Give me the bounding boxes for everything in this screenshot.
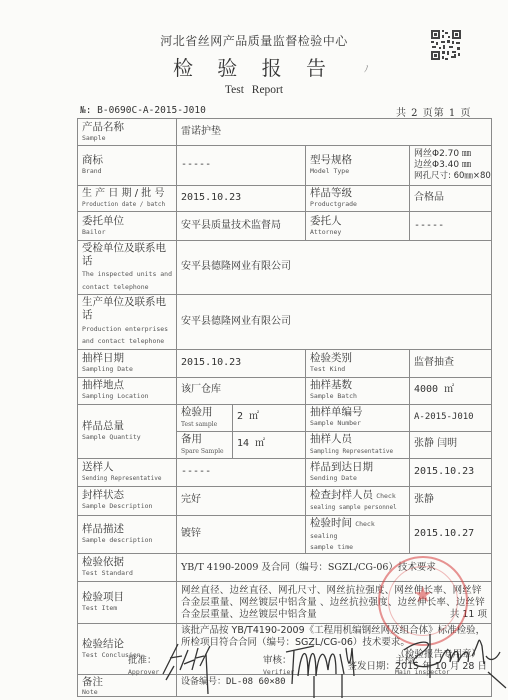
label-sample-batch: 抽样基数Sample Batch: [306, 377, 410, 404]
report-number: №: B-0690C-A-2015-J010: [80, 105, 206, 116]
label-check-time: 检验时间 Check sealingsample time: [306, 515, 410, 554]
value-seal-checker: 张静: [410, 486, 492, 515]
approver-label: 批准：Approver: [128, 652, 159, 677]
row-sample-state: 封样状态Sample Description 完好 检查封样人员 Checkse…: [78, 486, 492, 515]
row-production-enterprise: 生产单位及联系电话Production enterprises and cont…: [78, 295, 492, 349]
label-brand: 商标Brand: [78, 146, 177, 186]
label-sample-state: 封样状态Sample Description: [78, 486, 177, 515]
report-title-en: Test Report: [0, 84, 508, 96]
value-attorney: -----: [410, 212, 492, 241]
row-sampling-date: 抽样日期Sampling Date 2015.10.23 检验类别Test Ki…: [78, 349, 492, 377]
label-test-standard: 检验依据Test Standard: [78, 554, 177, 582]
label-sending-date: 样品到达日期Sending Date: [306, 458, 410, 486]
value-sample-batch: 4000 ㎡: [410, 377, 492, 404]
label-test-kind: 检验类别Test Kind: [306, 349, 410, 377]
verifier-signature: [284, 636, 364, 700]
row-sending: 送样人Sending Representative ----- 样品到达日期Se…: [78, 458, 492, 486]
value-sample: 雷诺护垫: [177, 119, 492, 146]
row-sampling-location: 抽样地点Sampling Location 该厂仓库 抽样基数Sample Ba…: [78, 377, 492, 404]
value-test-sample: 2 ㎡: [233, 404, 306, 431]
label-inspected-units: 受检单位及联系电话The inspected units and contact…: [78, 241, 177, 295]
star-icon: ★: [413, 585, 433, 607]
value-sending-rep: -----: [177, 458, 306, 486]
value-sample-state: 完好: [177, 486, 306, 515]
label-sending-rep: 送样人Sending Representative: [78, 458, 177, 486]
pen-mark: ﾉ: [364, 62, 369, 75]
label-sampling-rep: 抽样人员Sampling Representative: [306, 431, 410, 458]
value-check-time: 2015.10.27: [410, 515, 492, 554]
value-spare-sample: 14 ㎡: [233, 431, 306, 458]
value-sample-desc: 镀锌: [177, 515, 306, 554]
value-sampling-date: 2015.10.23: [177, 349, 306, 377]
label-test-sample: 检验用Test sample: [177, 404, 233, 431]
label-test-item: 检验项目Test Item: [78, 582, 177, 624]
value-sample-number: A-2015-J010: [410, 404, 492, 431]
row-brand: 商标Brand ----- 型号规格Model Type 网丝Φ2.70 ㎜ 边…: [78, 146, 492, 186]
label-seal-checker: 检查封样人员 Checksealing sample personnel: [306, 486, 410, 515]
value-production-date: 2015.10.23: [177, 186, 306, 212]
label-sample: 产品名称Sample: [78, 119, 177, 146]
main-inspector-signature: [400, 632, 508, 694]
label-product-grade: 样品等级Productgrade: [306, 186, 410, 212]
qr-code-icon: [430, 29, 462, 61]
value-production-enterprise: 安平县德隆网业有限公司: [177, 295, 492, 349]
label-sample-number: 抽样单编号Sample Number: [306, 404, 410, 431]
label-spare-sample: 备用Spare Sample: [177, 431, 233, 458]
label-production-date: 生 产 日 期 / 批 号Production date / batch: [78, 186, 177, 212]
value-bailor: 安平县质量技术监督局: [177, 212, 306, 241]
value-sending-date: 2015.10.23: [410, 458, 492, 486]
value-sampling-rep: 张静 闫明: [410, 431, 492, 458]
label-production-enterprise: 生产单位及联系电话Production enterprises and cont…: [78, 295, 177, 349]
label-sample-desc: 样品描述Sample description: [78, 515, 177, 554]
label-model: 型号规格Model Type: [306, 146, 410, 186]
label-sample-quantity: 样品总量Sample Quantity: [78, 404, 177, 458]
row-sample-desc: 样品描述Sample description 镀锌 检验时间 Check sea…: [78, 515, 492, 554]
label-sampling-location: 抽样地点Sampling Location: [78, 377, 177, 404]
value-inspected-units: 安平县德隆网业有限公司: [177, 241, 492, 295]
value-product-grade: 合格品: [410, 186, 492, 212]
approver-signature: [160, 636, 222, 696]
row-inspected-units: 受检单位及联系电话The inspected units and contact…: [78, 241, 492, 295]
row-test-sample: 样品总量Sample Quantity 检验用Test sample 2 ㎡ 抽…: [78, 404, 492, 431]
label-sampling-date: 抽样日期Sampling Date: [78, 349, 177, 377]
row-bailor: 委托单位Bailor 安平县质量技术监督局 委托人Attorney -----: [78, 212, 492, 241]
value-sampling-location: 该厂仓库: [177, 377, 306, 404]
label-bailor: 委托单位Bailor: [78, 212, 177, 241]
value-model: 网丝Φ2.70 ㎜ 边丝Φ3.40 ㎜ 网孔尺寸: 60㎜×80㎜: [410, 146, 492, 186]
row-sample: 产品名称Sample 雷诺护垫: [78, 119, 492, 146]
value-brand: -----: [177, 146, 306, 186]
row-production-date: 生 产 日 期 / 批 号Production date / batch 201…: [78, 186, 492, 212]
page-indicator: 共 2 页第 1 页: [396, 104, 471, 119]
value-test-kind: 监督抽查: [410, 349, 492, 377]
label-attorney: 委托人Attorney: [306, 212, 410, 241]
